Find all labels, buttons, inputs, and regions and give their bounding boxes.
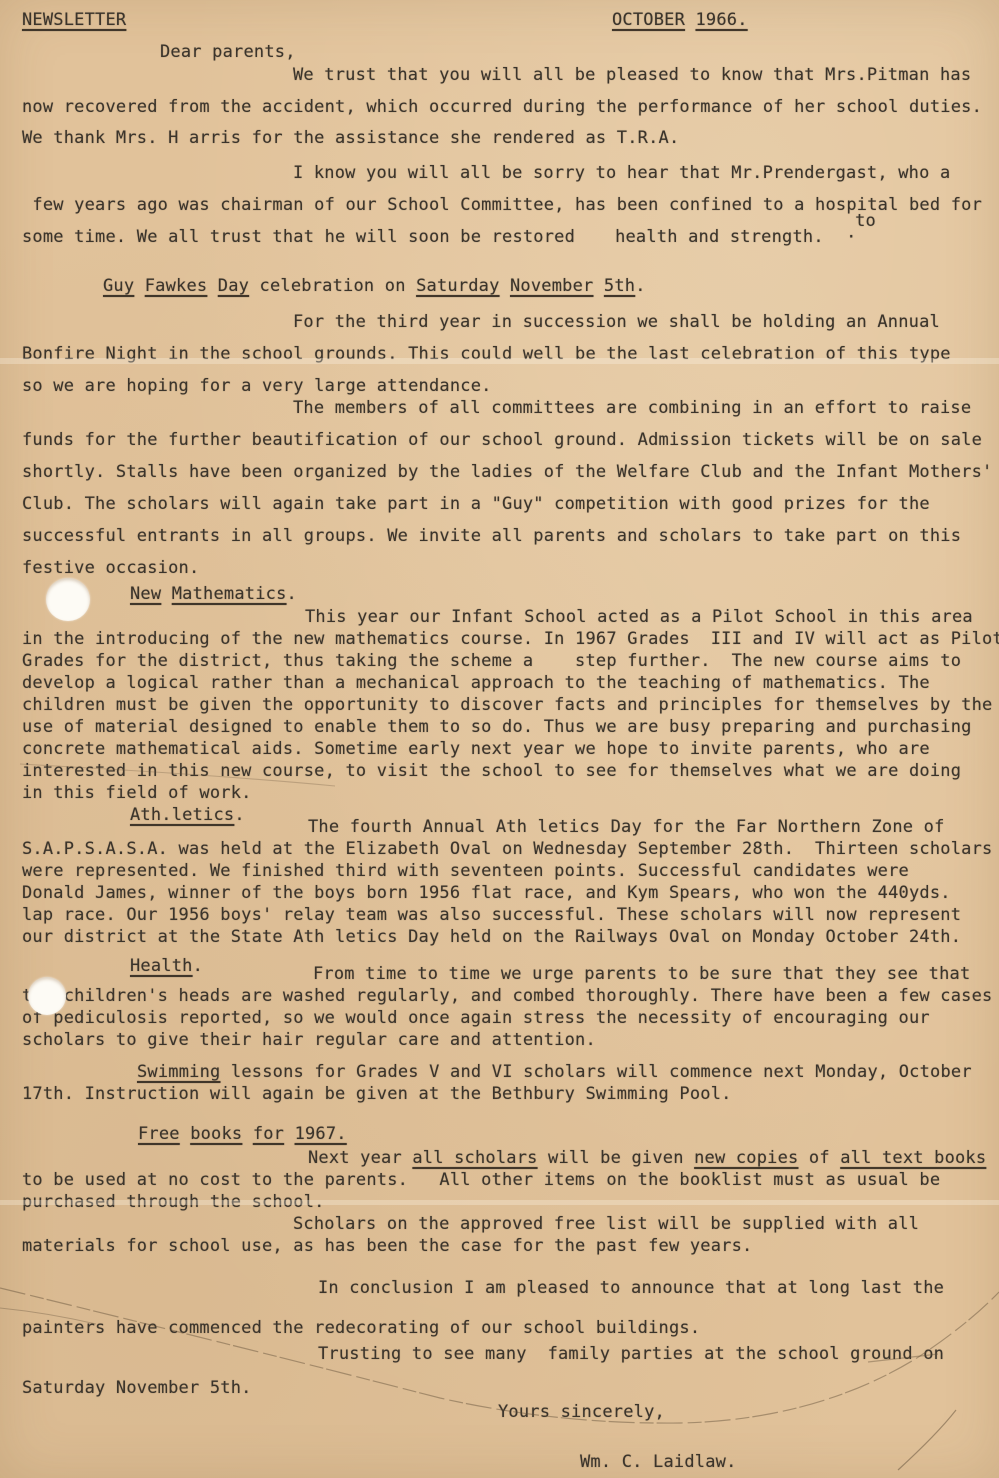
para-trusting: Trusting to see many family parties at t… [22,1337,944,1405]
para-mrs-pitman: We trust that you will all be pleased to… [22,60,982,155]
para-bonfire: For the third year in succession we shal… [22,306,951,402]
hole-punch-icon [28,977,66,1015]
newsletter-page: NEWSLETTER OCTOBER 1966. Dear parents, W… [0,0,999,1478]
heading-new-mathematics: New Mathematics. [130,584,297,604]
para-new-mathematics: This year our Infant School acted as a P… [22,606,999,804]
salutation: Dear parents, [160,42,296,62]
para-approved-list: Scholars on the approved free list will … [22,1213,919,1257]
para-conclusion: In conclusion I am pleased to announce t… [22,1268,944,1348]
scan-streak [0,358,999,364]
closing: Yours sincerely, [498,1402,665,1422]
hole-punch-icon [46,578,90,621]
newsletter-title: NEWSLETTER [22,10,126,30]
scan-streak [0,1200,999,1205]
typed-correction: to· [575,221,615,253]
para-athletics: The fourth Annual Ath letics Day for the… [22,816,992,948]
signature: Wm. C. Laidlaw. [580,1452,737,1472]
heading-free-books: Free books for 1967. [138,1124,347,1144]
para-prendergast: I know you will all be sorry to hear tha… [22,157,982,253]
heading-guy-fawkes: Guy Fawkes Day celebration on Saturday N… [103,276,646,296]
para-health: From time to time we urge parents to be … [22,963,992,1051]
issue-date: OCTOBER 1966. [612,10,748,30]
para-swimming: Swimming lessons for Grades V and VI sch… [22,1061,972,1105]
para-committees: The members of all committees are combin… [22,392,992,584]
